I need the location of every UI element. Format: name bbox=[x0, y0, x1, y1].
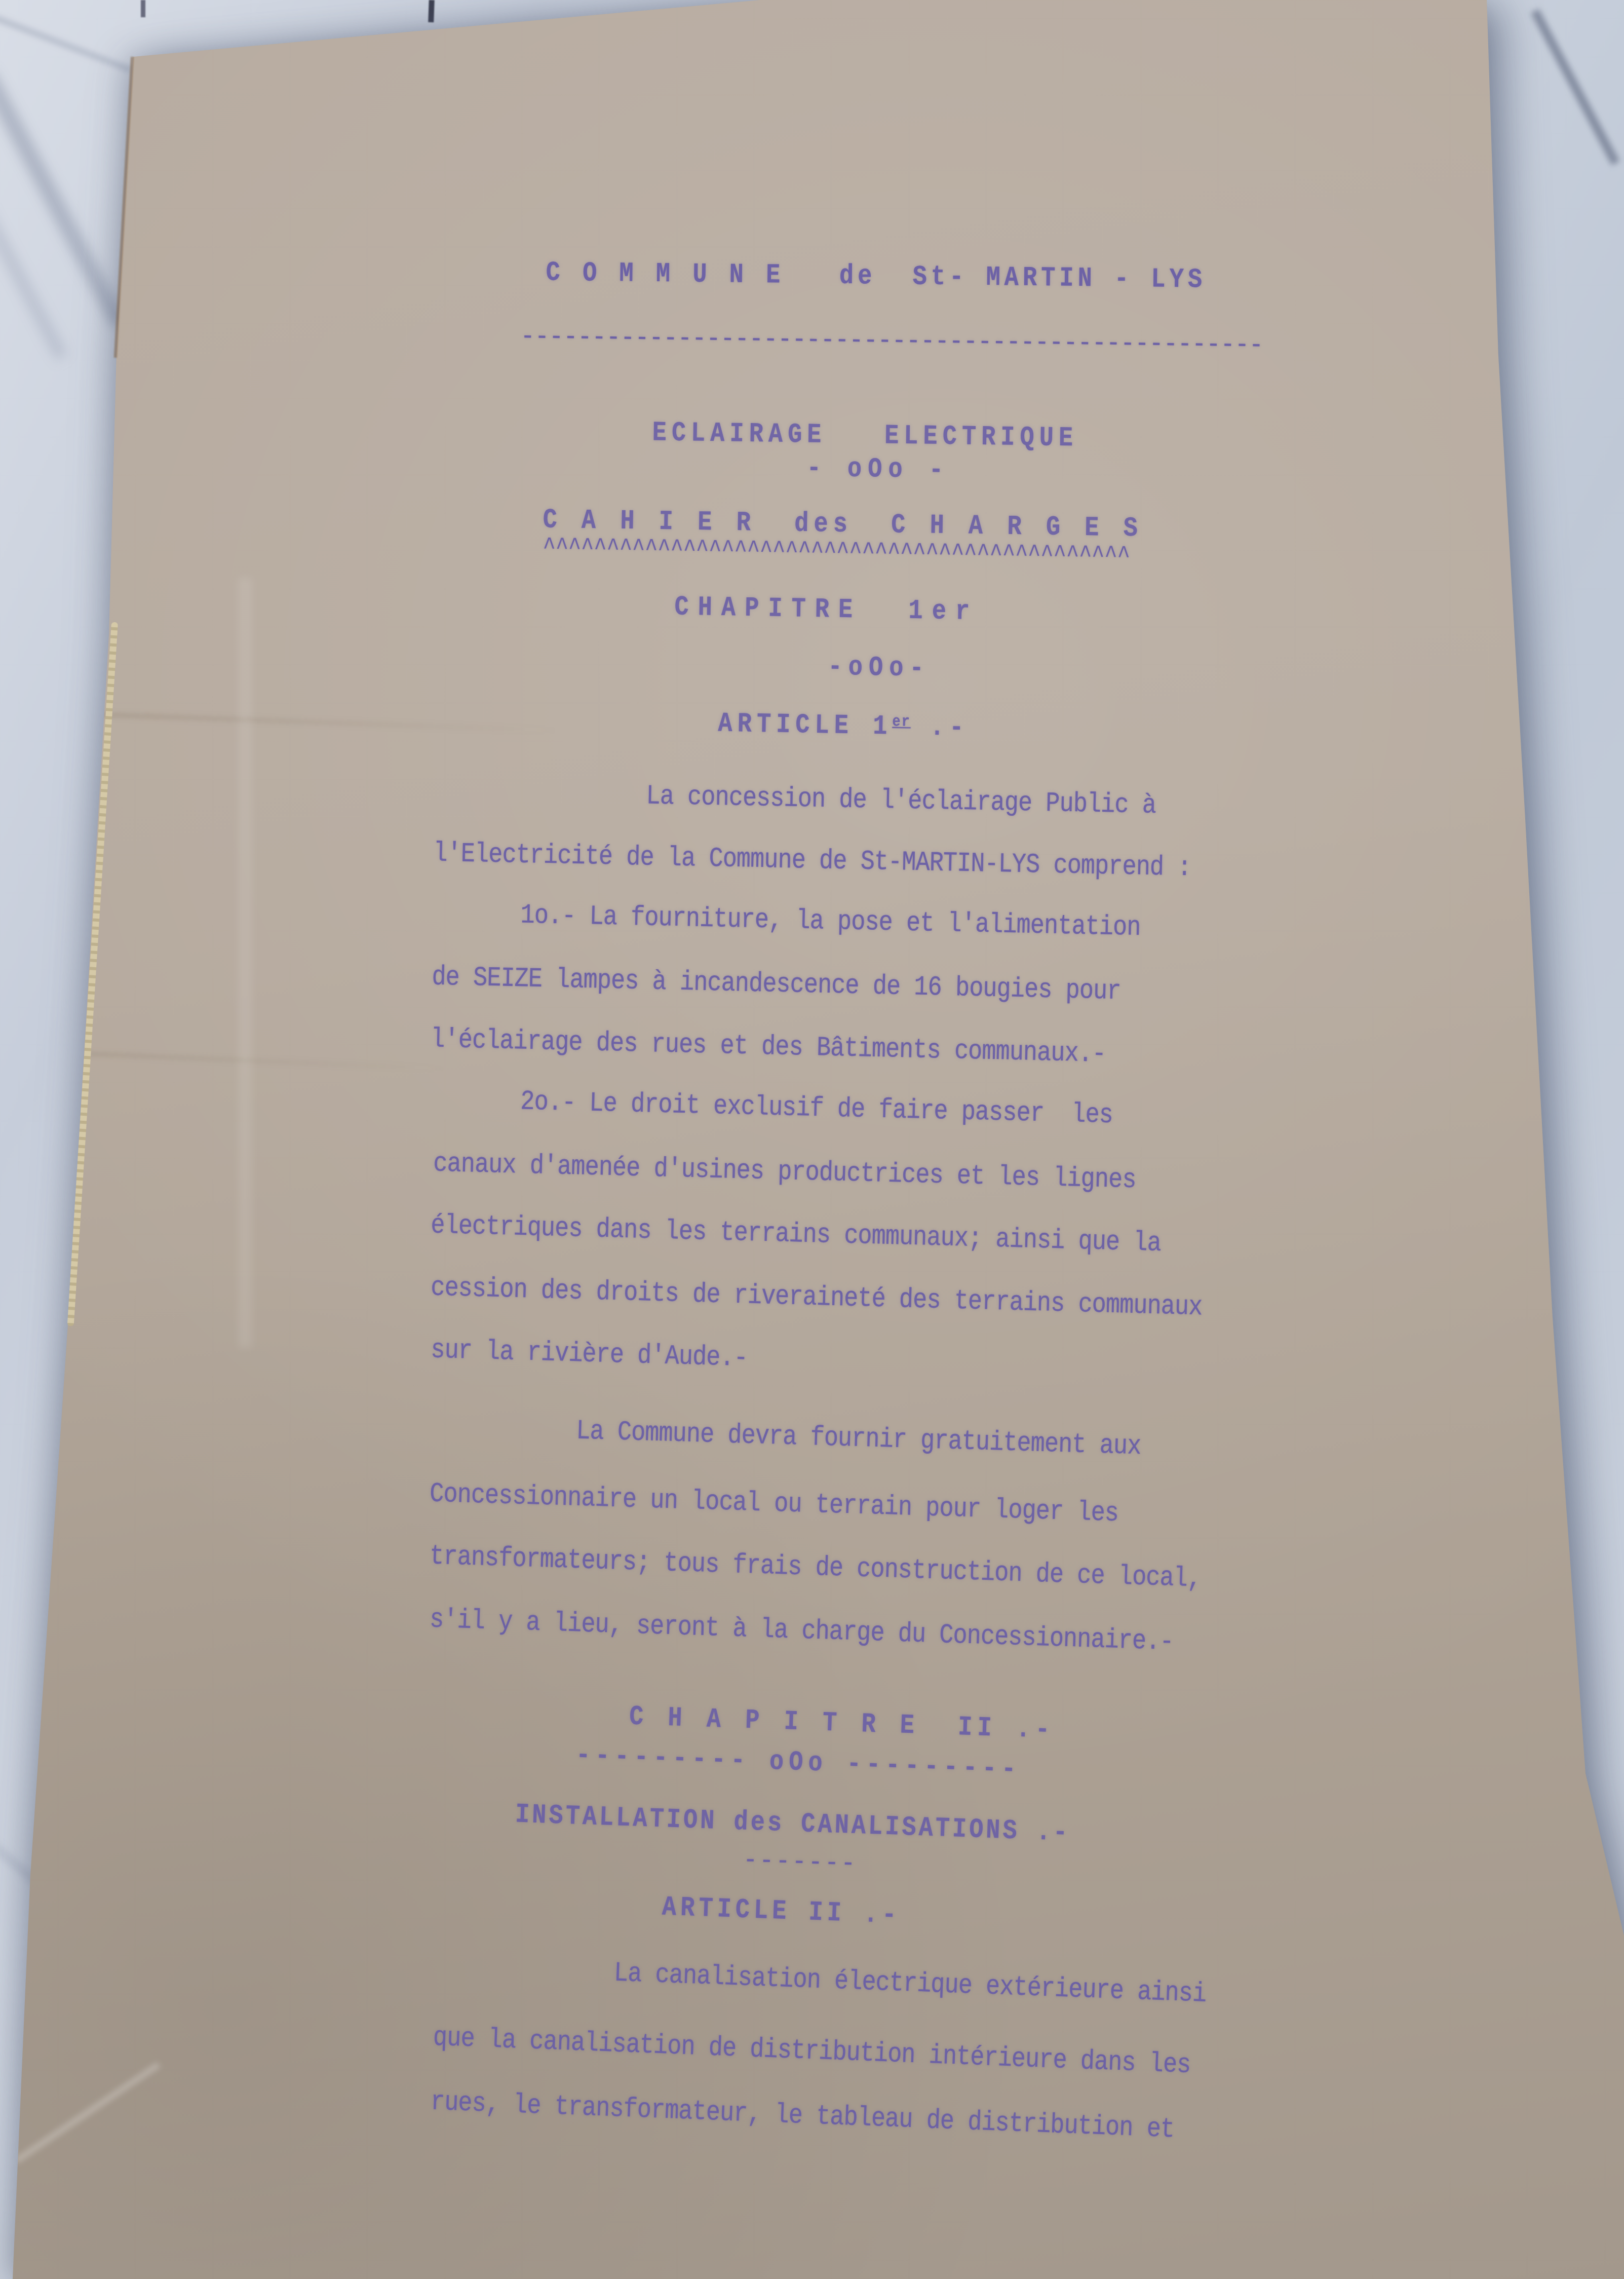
text-line: ECLAIRAGE ELECTRIQUE bbox=[652, 420, 1078, 453]
text-line: -oOo- bbox=[828, 654, 930, 683]
text-line: La Commune devra fournir gratuitement au… bbox=[575, 1418, 1141, 1461]
text-line: ARTICLE II .- bbox=[662, 1894, 901, 1930]
superscript-ordinal: er bbox=[892, 713, 911, 731]
text-line: l'Electricité de la Commune de St-MARTIN… bbox=[433, 840, 1191, 882]
text-line: 2o.- Le droit exclusif de faire passer l… bbox=[520, 1088, 1113, 1129]
text-line: - oOo - bbox=[806, 455, 949, 484]
text-line: transformateurs; tous frais de construct… bbox=[429, 1543, 1201, 1593]
text-line: ARTICLE 1er .- bbox=[718, 710, 969, 742]
text-line: 1o.- La fourniture, la pose et l'aliment… bbox=[520, 902, 1141, 942]
text-line: INSTALLATION des CANALISATIONS .- bbox=[515, 1801, 1070, 1847]
text-line: sur la rivière d'Aude.- bbox=[431, 1337, 748, 1373]
text-line: que la canalisation de distribution inté… bbox=[433, 2024, 1191, 2079]
text-line: La canalisation électrique extérieure ai… bbox=[613, 1960, 1207, 2008]
text-line: s'il y a lieu, seront à la charge du Con… bbox=[429, 1606, 1174, 1656]
text-line: Concessionnaire un local ou terrain pour… bbox=[429, 1480, 1118, 1528]
text-segment: .- bbox=[910, 712, 969, 744]
text-line: ------- bbox=[743, 1847, 858, 1878]
text-line: ----------------------------------------… bbox=[520, 323, 1263, 360]
text-line: cession des droits de riveraineté des te… bbox=[431, 1274, 1203, 1321]
text-line: canaux d'amenée d'usines productrices et… bbox=[433, 1150, 1136, 1194]
text-line: CHAPITRE 1er bbox=[674, 594, 979, 626]
text-line: C O M M U N E de St- MARTIN - LYS bbox=[546, 259, 1206, 294]
text-line: --------- oOo --------- bbox=[575, 1742, 1021, 1784]
text-line: électriques dans les terrains communaux;… bbox=[431, 1212, 1162, 1258]
text-line: de SEIZE lampes à incandescence de 16 bo… bbox=[432, 964, 1121, 1006]
text-line: l'éclairage des rues et des Bâtiments co… bbox=[431, 1026, 1106, 1069]
text-line: La concession de l'éclairage Public à bbox=[646, 783, 1156, 820]
text-layer: C O M M U N E de St- MARTIN - LYS-------… bbox=[0, 0, 1624, 2279]
text-line: rues, le transformateur, le tableau de d… bbox=[430, 2088, 1175, 2144]
photo-of-document: C O M M U N E de St- MARTIN - LYS-------… bbox=[0, 0, 1624, 2279]
text-segment: ARTICLE 1 bbox=[718, 709, 893, 743]
text-line: C H A P I T R E II .- bbox=[629, 1703, 1055, 1744]
